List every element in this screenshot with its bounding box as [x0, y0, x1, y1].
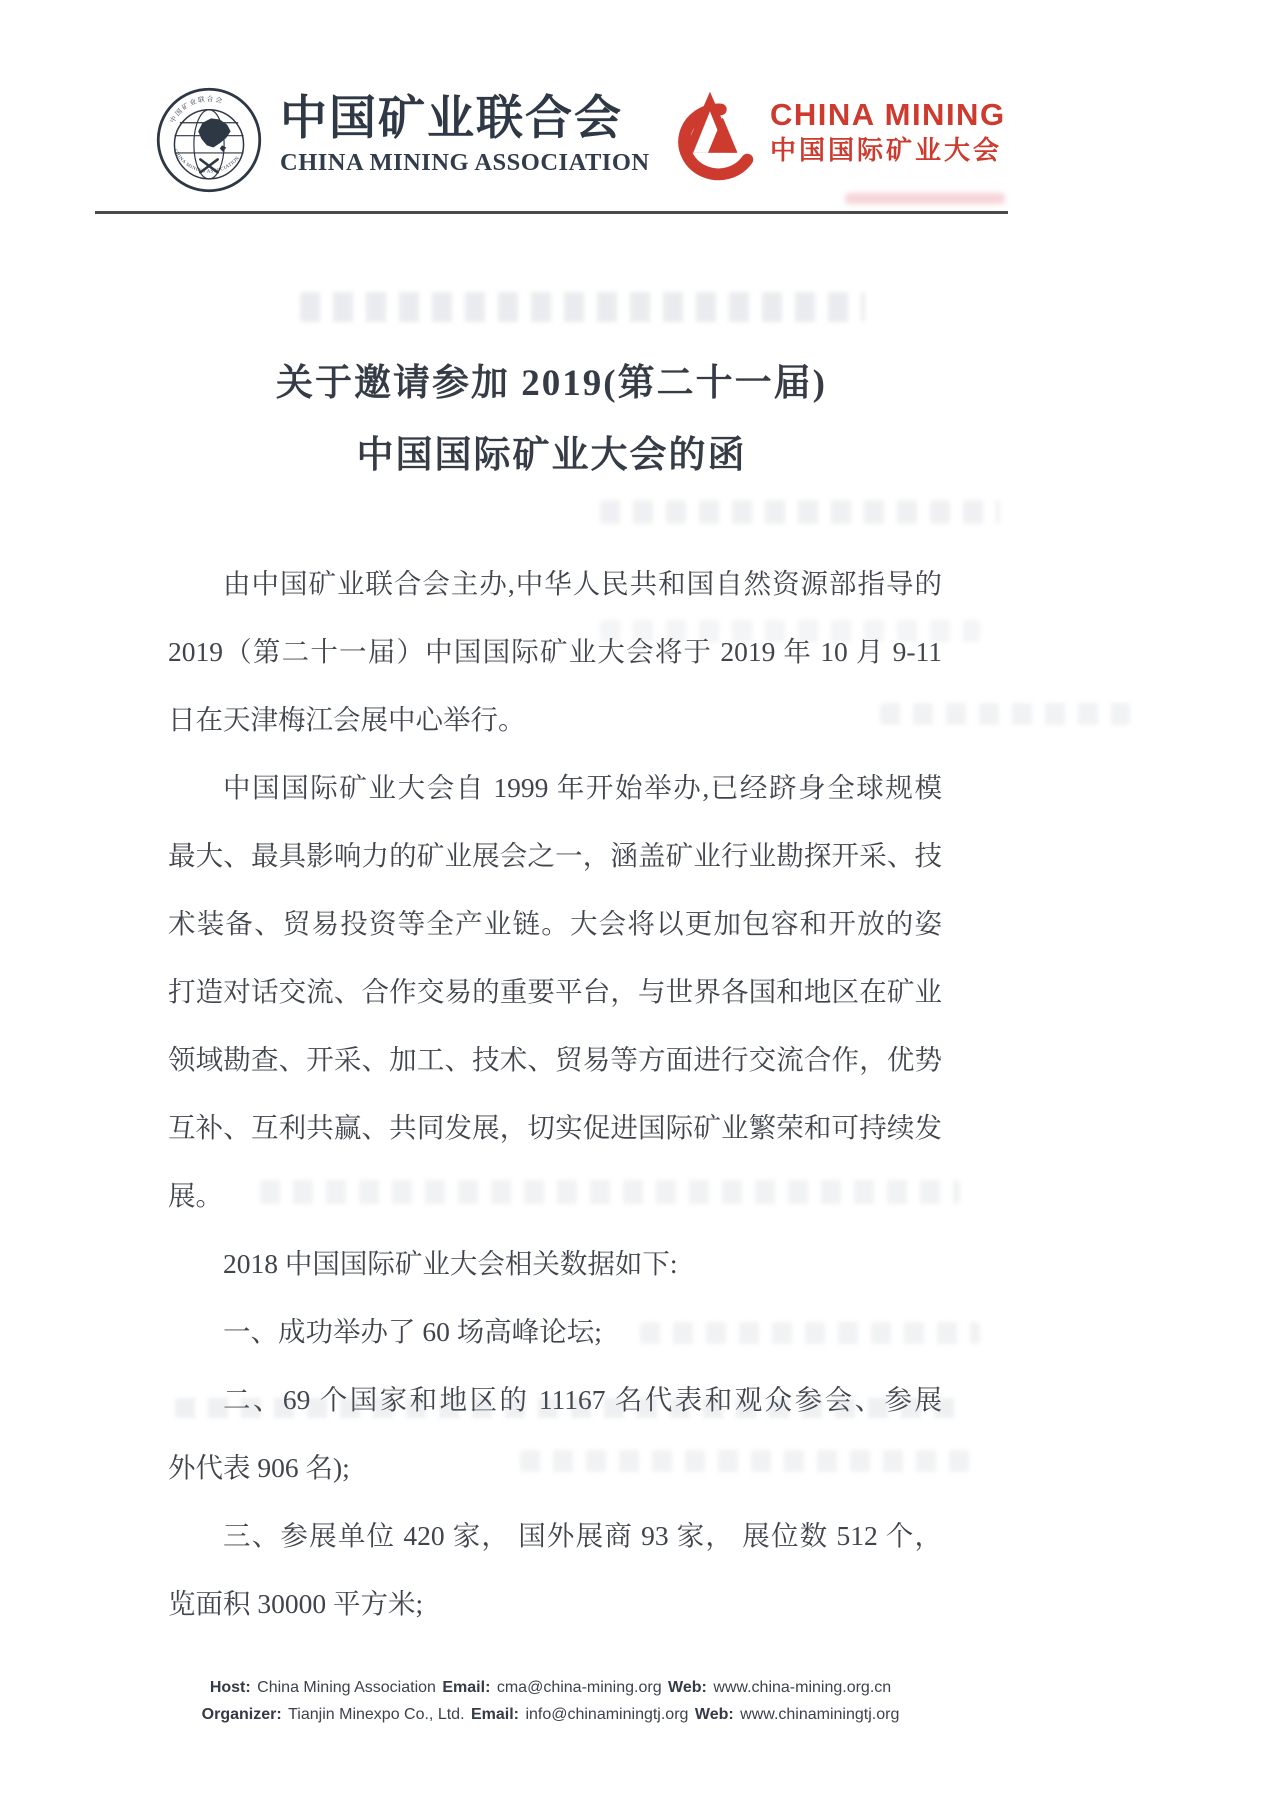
bleed-through-artifact [300, 292, 865, 322]
china-mining-english-name: CHINA MINING [770, 96, 1030, 134]
organizer-label: Organizer: [202, 1706, 282, 1723]
footer-line-2: Organizer: Tianjin Minexpo Co., Ltd. Ema… [95, 1701, 1008, 1728]
bleed-through-artifact [600, 500, 1000, 524]
cma-english-name: CHINA MINING ASSOCIATION [280, 148, 610, 178]
body-line: 由中国矿业联合会主办,中华人民共和国自然资源部指导的 [168, 550, 942, 618]
body-line: 领域勘查、开采、加工、技术、贸易等方面进行交流合作，优势 [168, 1026, 942, 1094]
body-line: 打造对话交流、合作交易的重要平台，与世界各国和地区在矿业 [168, 958, 942, 1026]
body-line: 览面积 30000 平方米; [168, 1570, 942, 1638]
china-mining-logo-text: CHINA MINING 中国国际矿业大会 [770, 96, 1030, 168]
body-line: 2019（第二十一届）中国国际矿业大会将于 2019 年 10 月 9-11 [168, 618, 942, 686]
cma-chinese-name: 中国矿业联合会 [280, 90, 610, 148]
body-line: 二、69 个国家和地区的 11167 名代表和观众参会、参展（国 [168, 1366, 942, 1434]
body-line: 术装备、贸易投资等全产业链。大会将以更加包容和开放的姿态， [168, 890, 942, 958]
body-line: 日在天津梅江会展中心举行。 [168, 686, 942, 754]
scan-smudge [845, 193, 1005, 204]
host-label: Host: [210, 1679, 251, 1696]
letter-title-line-1: 关于邀请参加 2019(第二十一届) [95, 352, 1008, 406]
letter-title-line-2: 中国国际矿业大会的函 [95, 424, 1008, 478]
email-label: Email: [442, 1679, 490, 1696]
web-value: www.chinaminingtj.org [740, 1706, 899, 1723]
header-divider-rule [95, 211, 1008, 214]
china-mining-chinese-name: 中国国际矿业大会 [770, 134, 1030, 168]
cma-globe-emblem-icon: 中国矿业联合会 CHINA MINING ASSOCIATION [155, 86, 263, 194]
email-value: cma@china-mining.org [497, 1679, 662, 1696]
body-line: 展。 [168, 1162, 942, 1230]
body-line: 互补、互利共赢、共同发展，切实促进国际矿业繁荣和可持续发 [168, 1094, 942, 1162]
email-label: Email: [471, 1706, 519, 1723]
letter-body: 由中国矿业联合会主办,中华人民共和国自然资源部指导的 2019（第二十一届）中国… [168, 550, 942, 1638]
web-value: www.china-mining.org.cn [713, 1679, 891, 1696]
body-line: 2018 中国国际矿业大会相关数据如下: [168, 1230, 942, 1298]
web-label: Web: [695, 1706, 734, 1723]
cma-logo-text: 中国矿业联合会 CHINA MINING ASSOCIATION [280, 90, 610, 178]
host-value: China Mining Association [257, 1679, 436, 1696]
email-value: info@chinaminingtj.org [525, 1706, 688, 1723]
web-label: Web: [668, 1679, 707, 1696]
body-line: 三、参展单位 420 家， 国外展商 93 家， 展位数 512 个， 展 [168, 1502, 942, 1570]
scanned-letter-page: 中国矿业联合会 CHINA MINING ASSOCIATION 中国矿业联合会… [0, 0, 1280, 1810]
footer-line-1: Host: China Mining Association Email: cm… [95, 1674, 1008, 1701]
organizer-value: Tianjin Minexpo Co., Ltd. [288, 1706, 464, 1723]
letter-footer: Host: China Mining Association Email: cm… [95, 1674, 1008, 1728]
china-map-shape [198, 118, 230, 151]
body-line: 最大、最具影响力的矿业展会之一，涵盖矿业行业勘探开采、技 [168, 822, 942, 890]
body-line: 中国国际矿业大会自 1999 年开始举办,已经跻身全球规模 [168, 754, 942, 822]
body-line: 一、成功举办了 60 场高峰论坛; [168, 1298, 942, 1366]
body-line: 外代表 906 名); [168, 1434, 942, 1502]
cm-mountain-monogram-icon [648, 86, 766, 188]
